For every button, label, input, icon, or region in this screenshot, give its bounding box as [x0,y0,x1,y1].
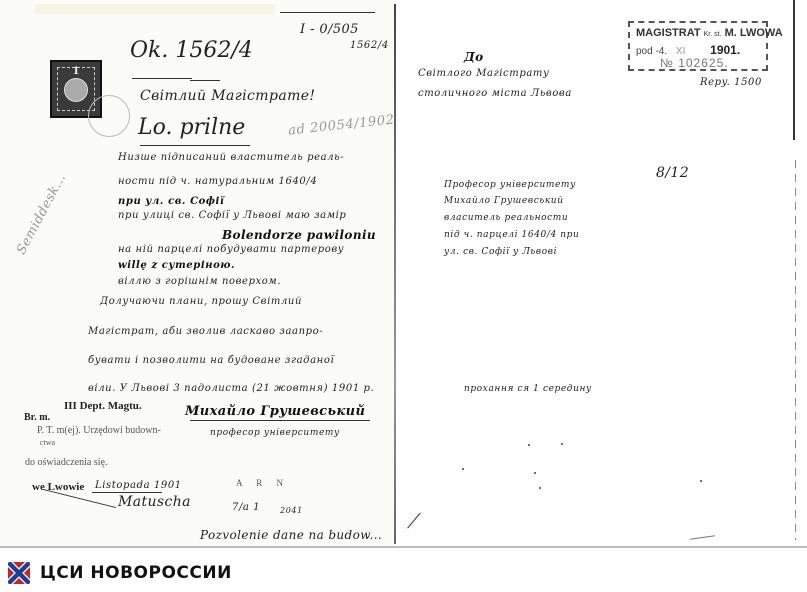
watermark-text: ЦСИ НОВОРОССИИ [40,563,232,583]
body-line: на ній парцелі побудувати партерову [118,244,344,255]
typed-place: we Lwowie [32,481,84,493]
left-page: I - 0/505 1562/4 1 Ok. 1562/4 Світлий Ма… [0,0,396,548]
salutation: Світлий Магістрате! [140,88,315,104]
postmark-circle [88,95,130,137]
enclosure-note: прохання ся 1 середину [464,384,592,394]
address-line-2: столичного міста Львова [418,88,572,99]
bottom-reference: 7/а 1 [232,502,260,513]
body-line: willę z сутеріною. [118,260,235,271]
request-line: віли. У Львові 3 падолиста (21 жовтня) 1… [88,383,374,394]
clerk-signature: Matuscha [118,494,191,510]
body-line: Низше підписаний властитель реаль- [118,152,344,163]
margin-number: ad 20054/1902 [288,112,396,138]
corner-reference-2: 1562/4 [350,40,389,51]
margin-note: Lo. prilne [138,115,245,140]
magistrat-stamp: MAGISTRAT Kr. st. M. LWOWA pod -4. XI 19… [628,21,768,71]
body-line: віллю з горішнім поверхом. [118,276,281,287]
scanned-document: I - 0/505 1562/4 1 Ok. 1562/4 Світлий Ма… [0,0,807,548]
typed-department: III Dept. Magtu. [64,400,142,412]
request-line: бувати і позволити на будоване згаданої [88,355,334,366]
body-line-insert: Bolendorze pawiloniu [222,228,376,242]
summary-line: Михайло Грушевський [444,196,564,206]
typed-br: Br. m. [24,412,50,423]
corner-reference: I - 0/505 [300,22,359,37]
vertical-margin-note: Semiddesk... [14,171,69,257]
novorossiya-flag-icon [8,562,30,584]
address-line-1: Світлого Магістрату [418,68,549,79]
body-line: при улиці св. Софії у Львові маю замір [118,210,346,221]
place-date-hand: Listopada 1901 [95,480,182,491]
summary-line: ул. св. Софії у Львові [444,247,557,257]
folio-number: 8/12 [656,165,689,181]
signature-title: професор університету [210,428,340,438]
bottom-handwriting: Pozvolenie dane na budow... [200,528,382,542]
address-to: До [464,50,483,64]
stamp-below-note: Repy. 1500 [700,77,762,88]
typed-addressee-2: ctwa [40,438,55,447]
body-line: ности під ч. натуральним 1640/4 [118,176,317,187]
summary-line: під ч. парцелі 1640/4 при [444,230,579,240]
watermark-logo: ЦСИ НОВОРОССИИ [8,562,232,584]
bottom-number: 2041 [280,506,303,515]
request-line: Долучаючи плани, прошу Світлий [100,296,302,307]
signature: Михайло Грушевський [185,404,365,419]
body-line: при ул. св. Софії [118,196,224,207]
case-number: Ok. 1562/4 [130,38,253,63]
emblem-icon [64,78,88,102]
stamp-marks: A R N [236,478,289,488]
typed-declaration: do oświadczenia się. [25,457,107,468]
request-line: Магістрат, аби зволив ласкаво заапро- [88,326,323,337]
summary-line: власитель реальности [444,213,568,223]
summary-line: Професор університету [444,180,576,190]
typed-addressee: P. T. m(ej). Urzędowi budown- [37,425,161,436]
